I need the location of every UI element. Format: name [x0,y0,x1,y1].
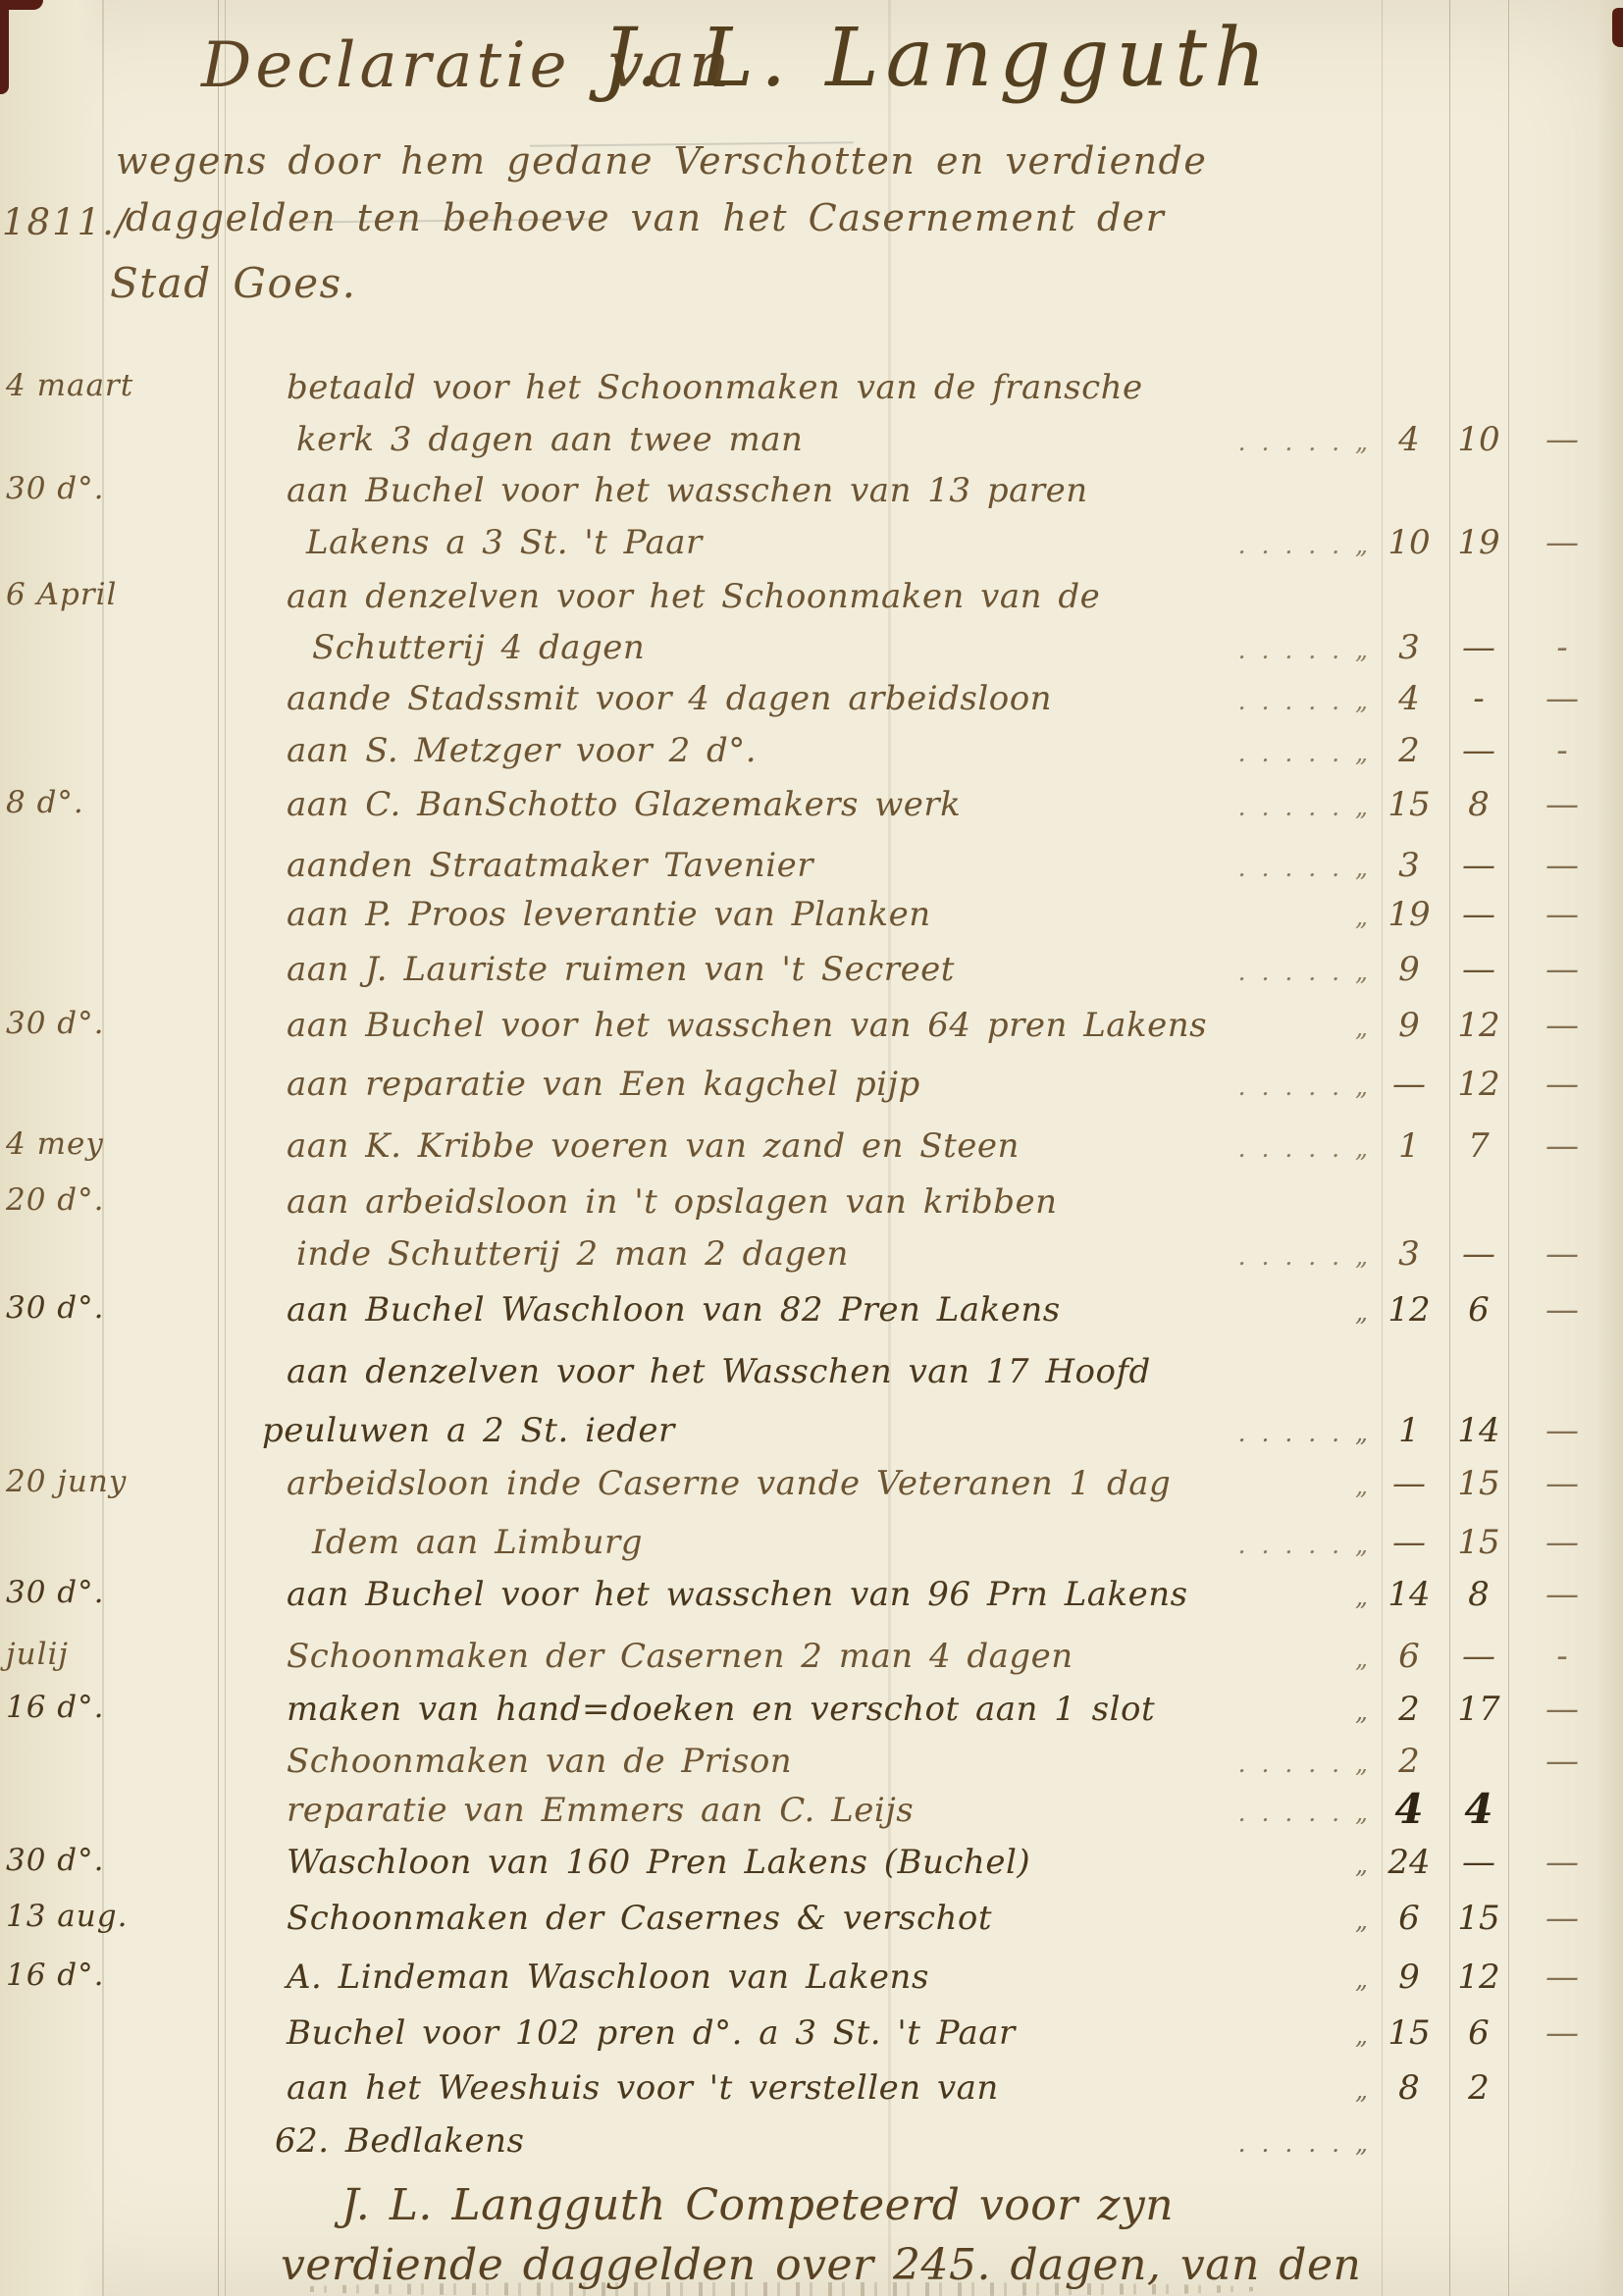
amount-stuivers: 12 [1452,1006,1505,1045]
entry-description: kerk 3 dagen aan twee man [296,420,803,459]
amount-stuivers: 8 [1452,1575,1505,1614]
amount-guilders: — [1374,1464,1444,1503]
amount-stuivers: 4 [1452,1785,1505,1833]
entry-date: 8 d°. [6,785,214,820]
ledger-row: 16 d°. maken van hand=doeken en verschot… [0,1690,1623,1747]
amount-stuivers: 14 [1452,1411,1505,1450]
amount-penningen: — [1515,895,1609,934]
amount-penningen: — [1515,785,1609,824]
amount-penningen: — [1515,1234,1609,1274]
amount-penningen: — [1515,1843,1609,1882]
amount-penningen: — [1515,679,1609,718]
amount-stuivers: 12 [1452,1957,1505,1997]
amount-guilders: 24 [1374,1843,1444,1882]
entry-description: aan reparatie van Een kagchel pijp [287,1065,920,1104]
amount-stuivers: 15 [1452,1523,1505,1562]
entry-description: aande Stadssmit voor 4 dagen arbeidsloon [287,679,1052,718]
ledger-row: J. L. Langguth Competeerd voor zyn [0,2180,1623,2237]
amount-penningen: — [1515,2013,1609,2053]
ledger-row: aan denzelven voor het Wasschen van 17 H… [0,1352,1623,1409]
entry-description: aan denzelven voor het Schoonmaken van d… [287,577,1100,616]
ledger-row: inde Schutterij 2 man 2 dagen . . . . . … [0,1234,1623,1291]
entry-date: 4 mey [6,1126,214,1162]
leader-dots: . . . . . „ [1001,636,1372,664]
ledger-row: aan het Weeshuis voor 't verstellen van … [0,2068,1623,2125]
leader-dots: „ [1001,903,1372,931]
amount-guilders: 9 [1374,1957,1444,1997]
ledger-row: Buchel voor 102 pren d°. a 3 St. 't Paar… [0,2013,1623,2070]
place-line: Stad Goes. [110,259,357,307]
entry-description: aan J. Lauriste ruimen van 't Secreet [287,950,955,989]
leader-dots: . . . . . „ [1001,1419,1372,1447]
leader-dots: „ [1001,1906,1372,1935]
leader-dots: . . . . . „ [1001,1242,1372,1271]
entry-date: 13 aug. [6,1899,214,1934]
entry-description: Lakens a 3 St. 't Paar [306,523,703,562]
leader-dots: . . . . . „ [1001,428,1372,456]
ledger-row: 4 mey aan K. Kribbe voeren van zand en S… [0,1126,1623,1183]
ledger-row: aan P. Proos leverantie van Planken „ 19… [0,895,1623,952]
leader-dots: . . . . . „ [1001,739,1372,767]
amount-guilders: 14 [1374,1575,1444,1614]
ledger-row: peuluwen a 2 St. ieder . . . . . „ 1 14 … [0,1411,1623,1468]
amount-stuivers: 8 [1452,785,1505,824]
amount-stuivers: — [1452,628,1505,667]
leader-dots: . . . . . „ [1001,1134,1372,1163]
amount-penningen: — [1515,1065,1609,1104]
amount-stuivers: - [1452,679,1505,718]
amount-stuivers: 15 [1452,1899,1505,1938]
amount-guilders: 3 [1374,628,1444,667]
amount-guilders: 10 [1374,523,1444,562]
ledger-row: 20 juny arbeidsloon inde Caserne vande V… [0,1464,1623,1521]
amount-penningen: — [1515,1742,1609,1781]
amount-stuivers: 2 [1452,2068,1505,2108]
entry-description: Buchel voor 102 pren d°. a 3 St. 't Paar [287,2013,1016,2053]
amount-guilders: 12 [1374,1290,1444,1330]
ledger-row: aan reparatie van Een kagchel pijp . . .… [0,1065,1623,1122]
entry-description: reparatie van Emmers aan C. Leijs [287,1791,914,1830]
amount-stuivers: — [1452,950,1505,989]
entry-description: aan C. BanSchotto Glazemakers werk [287,785,961,824]
amount-stuivers: 6 [1452,2013,1505,2053]
amount-stuivers: 10 [1452,420,1505,459]
amount-guilders: 4 [1374,420,1444,459]
entry-date: 30 d°. [6,1006,214,1041]
amount-penningen: — [1515,1411,1609,1450]
amount-guilders: 15 [1374,785,1444,824]
amount-penningen: - [1515,1637,1609,1676]
amount-penningen: — [1515,1690,1609,1729]
leader-dots: . . . . . „ [1001,1072,1372,1101]
amount-penningen: — [1515,1575,1609,1614]
entry-date: 30 d°. [6,1843,214,1878]
amount-guilders: 4 [1374,1785,1444,1833]
leader-dots: . . . . . „ [1001,1799,1372,1827]
amount-stuivers: — [1452,846,1505,885]
entry-description: aan K. Kribbe voeren van zand en Steen [287,1126,1020,1166]
ledger-row: 13 aug. Schoonmaken der Casernes & versc… [0,1899,1623,1956]
amount-guilders: 9 [1374,950,1444,989]
entry-date: julij [6,1637,214,1672]
entry-date: 4 maart [6,368,214,403]
leader-dots: „ [1001,2021,1372,2050]
ledger-row: 6 April aan denzelven voor het Schoonmak… [0,577,1623,634]
amount-guilders: — [1374,1523,1444,1562]
amount-stuivers: — [1452,1234,1505,1274]
ledger-row: 62. Bedlakens . . . . . „ [0,2121,1623,2178]
entry-date: 30 d°. [6,1575,214,1610]
entry-date: 16 d°. [6,1957,214,1993]
entry-description: aan S. Metzger voor 2 d°. [287,731,757,770]
year-label: 1811./ [2,201,130,243]
subtitle-line-1: wegens door hem gedane Verschotten en ve… [116,139,1207,183]
amount-guilders: 9 [1374,1006,1444,1045]
amount-penningen: — [1515,523,1609,562]
amount-guilders: 6 [1374,1637,1444,1676]
amount-stuivers: 17 [1452,1690,1505,1729]
ledger-row: 20 d°. aan arbeidsloon in 't opslagen va… [0,1182,1623,1239]
amount-penningen: — [1515,1126,1609,1166]
amount-guilders: 3 [1374,1234,1444,1274]
amount-guilders: 19 [1374,895,1444,934]
ledger-row: Lakens a 3 St. 't Paar . . . . . „ 10 19… [0,523,1623,580]
amount-penningen: — [1515,950,1609,989]
ledger-row: Schutterij 4 dagen . . . . . „ 3 — - [0,628,1623,685]
leader-dots: . . . . . „ [1001,687,1372,715]
amount-stuivers: 19 [1452,523,1505,562]
entry-description: Idem aan Limburg [312,1523,643,1562]
ledger-row: 16 d°. A. Lindeman Waschloon van Lakens … [0,1957,1623,2014]
entry-description: Waschloon van 160 Pren Lakens (Buchel) [287,1843,1030,1882]
ledger-row: 30 d°. aan Buchel voor het wasschen van … [0,1575,1623,1632]
amount-stuivers: — [1452,895,1505,934]
amount-stuivers: 7 [1452,1126,1505,1166]
top-left-stain [0,0,9,94]
leader-dots: . . . . . „ [1001,531,1372,559]
amount-guilders: — [1374,1065,1444,1104]
entry-description: 62. Bedlakens [275,2121,524,2161]
leader-dots: „ [1001,1472,1372,1500]
entry-date: 16 d°. [6,1690,214,1725]
leader-dots: . . . . . „ [1001,793,1372,821]
entry-description: Schoonmaken van de Prison [287,1742,792,1781]
leader-dots: . . . . . „ [1001,1531,1372,1559]
amount-guilders: 2 [1374,1690,1444,1729]
amount-stuivers: 12 [1452,1065,1505,1104]
entry-description: A. Lindeman Waschloon van Lakens [287,1957,929,1997]
ledger-row: 30 d°. aan Buchel voor het wasschen van … [0,1006,1623,1063]
leader-dots: „ [1001,2076,1372,2105]
amount-penningen: — [1515,1957,1609,1997]
amount-guilders: 2 [1374,731,1444,770]
ledger-row: aan J. Lauriste ruimen van 't Secreet . … [0,950,1623,1007]
amount-guilders: 1 [1374,1411,1444,1450]
amount-guilders: 15 [1374,2013,1444,2053]
ledger-row: aan S. Metzger voor 2 d°. . . . . . „ 2 … [0,731,1623,788]
ledger-row: julij Schoonmaken der Casernen 2 man 4 d… [0,1637,1623,1694]
ledger-row: 4 maart betaald voor het Schoonmaken van… [0,368,1623,425]
entry-description: aan Buchel Waschloon van 82 Pren Lakens [287,1290,1061,1330]
subtitle-line-2: daggelden ten behoeve van het Casernemen… [126,196,1165,239]
clipped-bottom-line [294,2282,1256,2296]
leader-dots: „ [1001,1965,1372,1994]
amount-stuivers: — [1452,1637,1505,1676]
declarant-name: J. L. Langguth [602,12,1273,105]
leader-dots: . . . . . „ [1001,1749,1372,1778]
amount-penningen: — [1515,1006,1609,1045]
amount-guilders: 2 [1374,1742,1444,1781]
entry-description: Schoonmaken der Casernen 2 man 4 dagen [287,1637,1073,1676]
entry-description: inde Schutterij 2 man 2 dagen [296,1234,849,1274]
amount-guilders: 3 [1374,846,1444,885]
entry-description: aan het Weeshuis voor 't verstellen van [287,2068,999,2108]
leader-dots: . . . . . „ [1001,958,1372,986]
amount-penningen: - [1515,628,1609,667]
entry-description: aan Buchel voor het wasschen van 13 pare… [287,471,1088,510]
amount-guilders: 6 [1374,1899,1444,1938]
ledger-row: reparatie van Emmers aan C. Leijs . . . … [0,1791,1623,1848]
amount-penningen: — [1515,846,1609,885]
amount-penningen: - [1515,731,1609,770]
entry-date: 6 April [6,577,214,612]
leader-dots: „ [1001,1697,1372,1726]
entry-description: J. L. Langguth Competeerd voor zyn [341,2180,1174,2230]
entry-description: Schutterij 4 dagen [312,628,645,667]
entry-description: peuluwen a 2 St. ieder [262,1411,675,1450]
leader-dots: „ [1001,1298,1372,1327]
entry-description: aanden Straatmaker Tavenier [287,846,813,885]
entry-description: aan denzelven voor het Wasschen van 17 H… [287,1352,1151,1391]
amount-penningen: — [1515,1290,1609,1330]
entry-date: 30 d°. [6,1290,214,1326]
entry-date: 20 juny [6,1464,214,1499]
amount-penningen: — [1515,1523,1609,1562]
amount-stuivers: — [1452,731,1505,770]
entry-description: aan arbeidsloon in 't opslagen van kribb… [287,1182,1058,1222]
ledger-row: kerk 3 dagen aan twee man . . . . . „ 4 … [0,420,1623,477]
ledger-row: 30 d°. aan Buchel Waschloon van 82 Pren … [0,1290,1623,1347]
leader-dots: „ [1001,1644,1372,1673]
entry-description: Schoonmaken der Casernes & verschot [287,1899,992,1938]
amount-penningen: — [1515,1899,1609,1938]
manuscript-page: 1811./ Declaratie van J. L. Langguth weg… [0,0,1623,2296]
amount-stuivers: 15 [1452,1464,1505,1503]
amount-guilders: 8 [1374,2068,1444,2108]
leader-dots: . . . . . „ [1001,854,1372,882]
ledger-row: aande Stadssmit voor 4 dagen arbeidsloon… [0,679,1623,736]
amount-guilders: 1 [1374,1126,1444,1166]
ledger-row: Idem aan Limburg . . . . . „ — 15 — [0,1523,1623,1580]
leader-dots: „ [1001,1851,1372,1879]
entry-description: betaald voor het Schoonmaken van de fran… [287,368,1143,407]
entry-date: 20 d°. [6,1182,214,1218]
top-right-stain [1612,8,1623,47]
amount-penningen: — [1515,1464,1609,1503]
entry-date: 30 d°. [6,471,214,506]
amount-guilders: 4 [1374,679,1444,718]
entry-description: aan P. Proos leverantie van Planken [287,895,931,934]
amount-stuivers: — [1452,1843,1505,1882]
amount-penningen: — [1515,420,1609,459]
ledger-row: 30 d°. Waschloon van 160 Pren Lakens (Bu… [0,1843,1623,1900]
leader-dots: „ [1001,1014,1372,1042]
leader-dots: . . . . . „ [1001,2129,1372,2158]
leader-dots: „ [1001,1583,1372,1611]
ledger-row: 30 d°. aan Buchel voor het wasschen van … [0,471,1623,528]
ledger-row: 8 d°. aan C. BanSchotto Glazemakers werk… [0,785,1623,842]
amount-stuivers: 6 [1452,1290,1505,1330]
